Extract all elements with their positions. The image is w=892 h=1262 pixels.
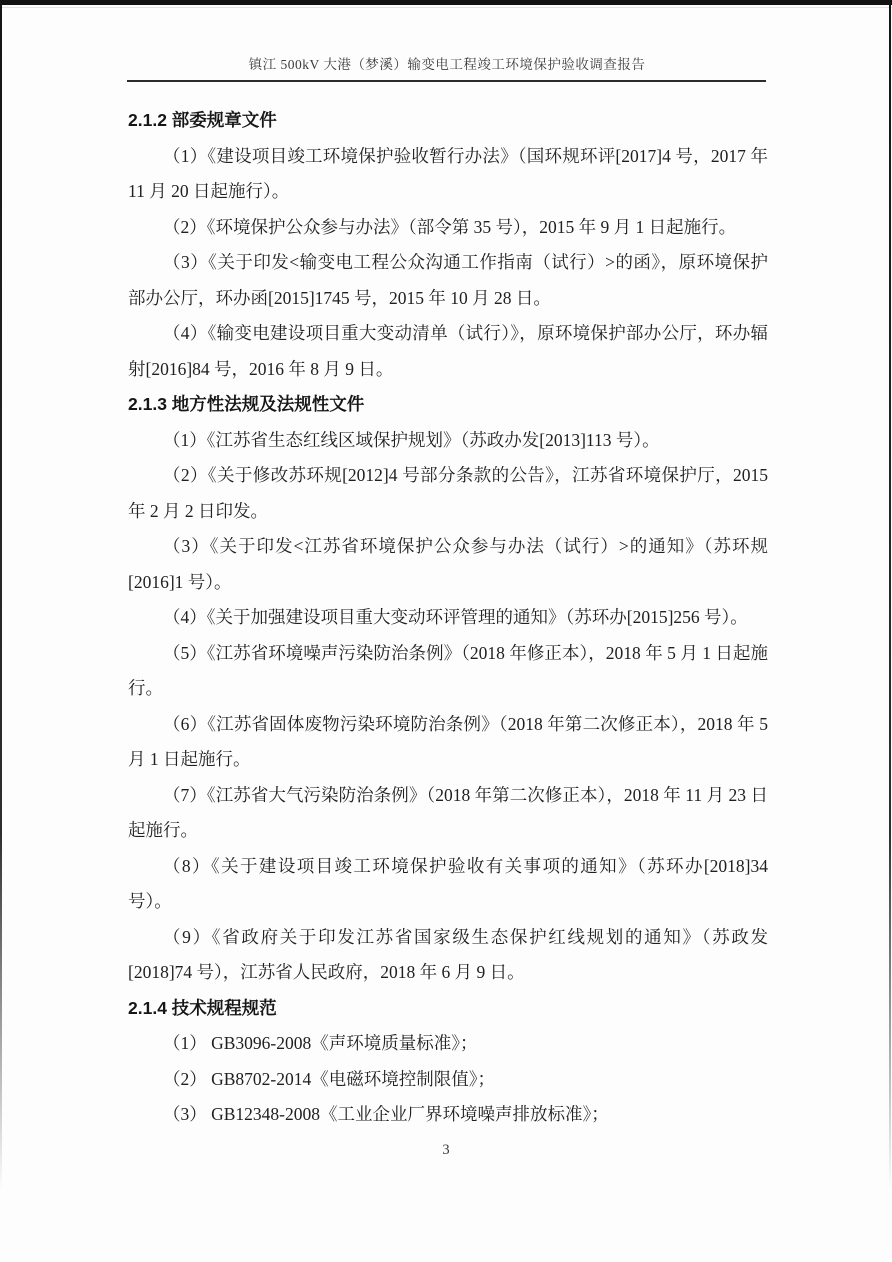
scan-artifact-left-edge xyxy=(0,0,2,1190)
paragraph: （2）《关于修改苏环规[2012]4 号部分条款的公告》，江苏省环境保护厅，20… xyxy=(128,458,768,529)
document-page: 镇江 500kV 大港（梦溪）输变电工程竣工环境保护验收调查报告 2.1.2 部… xyxy=(0,0,892,1262)
section-heading: 2.1.3 地方性法规及法规性文件 xyxy=(128,387,768,423)
scan-artifact-top-bar xyxy=(0,0,892,5)
paragraph: （3）《关于印发<江苏省环境保护公众参与办法（试行）>的通知》（苏环规[2016… xyxy=(128,529,768,600)
section: 2.1.3 地方性法规及法规性文件（1）《江苏省生态红线区域保护规划》（苏政办发… xyxy=(128,387,768,991)
paragraph: （1）《建设项目竣工环境保护验收暂行办法》（国环规环评[2017]4 号，201… xyxy=(128,139,768,210)
paragraph: （4）《输变电建设项目重大变动清单（试行）》，原环境保护部办公厅，环办辐射[20… xyxy=(128,316,768,387)
paragraph: （3）《关于印发<输变电工程公众沟通工作指南（试行）>的函》，原环境保护部办公厅… xyxy=(128,245,768,316)
document-body: 2.1.2 部委规章文件（1）《建设项目竣工环境保护验收暂行办法》（国环规环评[… xyxy=(128,103,768,1133)
scan-artifact-right-edge xyxy=(889,0,891,1190)
paragraph: （3） GB12348-2008《工业企业厂界环境噪声排放标准》； xyxy=(128,1097,768,1133)
section-heading: 2.1.2 部委规章文件 xyxy=(128,103,768,139)
paragraph: （5）《江苏省环境噪声污染防治条例》（2018 年修正本），2018 年 5 月… xyxy=(128,636,768,707)
paragraph: （8）《关于建设项目竣工环境保护验收有关事项的通知》（苏环办[2018]34 号… xyxy=(128,849,768,920)
running-header-title: 镇江 500kV 大港（梦溪）输变电工程竣工环境保护验收调查报告 xyxy=(128,53,766,73)
section: 2.1.2 部委规章文件（1）《建设项目竣工环境保护验收暂行办法》（国环规环评[… xyxy=(128,103,768,387)
paragraph: （2） GB8702-2014《电磁环境控制限值》； xyxy=(128,1062,768,1098)
scan-artifact-top-line xyxy=(0,7,892,8)
paragraph: （4）《关于加强建设项目重大变动环评管理的通知》（苏环办[2015]256 号）… xyxy=(128,600,768,636)
paragraph: （1） GB3096-2008《声环境质量标准》； xyxy=(128,1026,768,1062)
paragraph: （2）《环境保护公众参与办法》（部令第 35 号），2015 年 9 月 1 日… xyxy=(128,210,768,246)
paragraph: （9）《省政府关于印发江苏省国家级生态保护红线规划的通知》（苏政发[2018]7… xyxy=(128,920,768,991)
section: 2.1.4 技术规程规范（1） GB3096-2008《声环境质量标准》；（2）… xyxy=(128,991,768,1133)
section-heading: 2.1.4 技术规程规范 xyxy=(128,991,768,1027)
page-number: 3 xyxy=(0,1142,892,1159)
paragraph: （7）《江苏省大气污染防治条例》（2018 年第二次修正本），2018 年 11… xyxy=(128,778,768,849)
paragraph: （1）《江苏省生态红线区域保护规划》（苏政办发[2013]113 号）。 xyxy=(128,423,768,459)
header-rule xyxy=(127,80,766,82)
paragraph: （6）《江苏省固体废物污染环境防治条例》（2018 年第二次修正本），2018 … xyxy=(128,707,768,778)
